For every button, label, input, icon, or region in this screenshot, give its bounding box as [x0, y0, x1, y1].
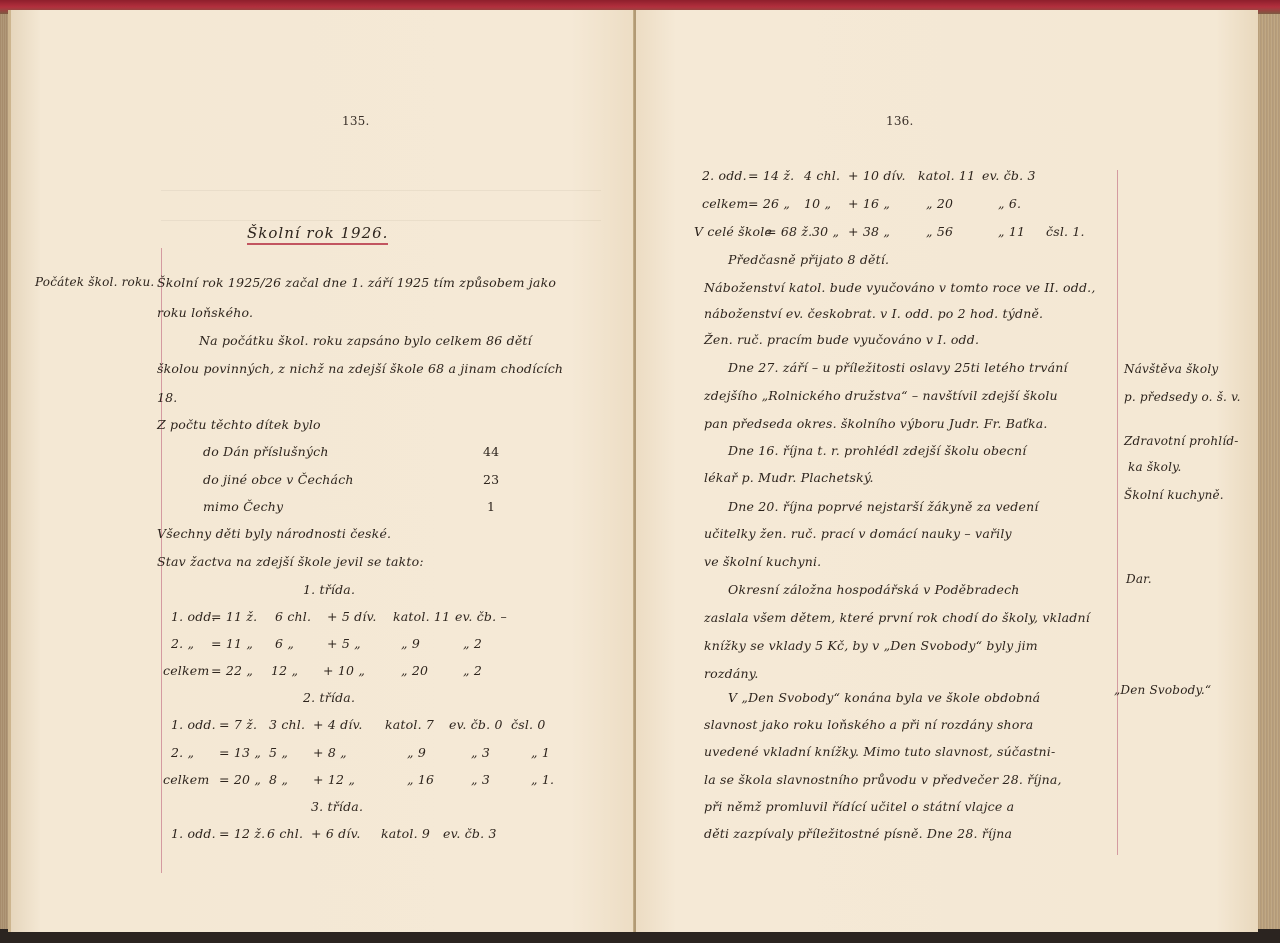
origin-label: do jiné obce v Čechách: [203, 472, 354, 487]
text-line: Z počtu těchto dítek bylo: [157, 417, 321, 432]
text-line: roku loňského.: [157, 305, 253, 320]
origin-value: 44: [483, 444, 499, 459]
text-line: zdejšího „Rolnického družstva“ – navštív…: [704, 388, 1058, 403]
text-line: Okresní záložna hospodářská v Poděbradec…: [728, 582, 1020, 597]
text-line: děti zazpívaly příležitostné písně. Dne …: [704, 826, 1012, 841]
text-line: Školní rok 1925/26 začal dne 1. září 192…: [157, 275, 556, 290]
text-line: Stav žactva na zdejší škole jevil se tak…: [157, 554, 424, 569]
text-line: Dne 20. října poprvé nejstarší žákyně za…: [728, 499, 1039, 514]
text-line: slavnost jako roku loňského a při ní roz…: [704, 717, 1033, 732]
text-line: Dne 16. října t. r. prohlédl zdejší škol…: [728, 443, 1026, 458]
page-number: 136.: [886, 114, 914, 128]
text-line: zaslala všem dětem, které první rok chod…: [704, 610, 1090, 625]
page-stack-left: [0, 14, 8, 929]
page-number: 135.: [342, 114, 370, 128]
text-line: náboženství ev. českobrat. v I. odd. po …: [704, 306, 1043, 321]
right-page: 136. 2. odd. = 14 ž. 4 chl. + 10 dív. ka…: [636, 10, 1258, 932]
text-line: pan předseda okres. školního výboru Judr…: [704, 416, 1048, 431]
margin-note: Zdravotní prohlíd-: [1124, 434, 1239, 448]
origin-label: do Dán příslušných: [203, 444, 329, 459]
text-line: la se škola slavnostního průvodu v předv…: [704, 772, 1062, 787]
left-page: 135. Školní rok 1926. Počátek škol. roku…: [8, 10, 637, 932]
origin-value: 23: [483, 472, 499, 487]
origin-label: mimo Čechy: [203, 499, 283, 514]
text-line: při němž promluvil řídící učitel o státn…: [704, 799, 1014, 814]
margin-note: p. předsedy o. š. v.: [1124, 390, 1241, 404]
page-stack-right: [1258, 14, 1280, 929]
class-heading: 1. třída.: [303, 582, 355, 597]
text-line: rozdány.: [704, 666, 759, 681]
text-line: lékař p. Mudr. Plachetský.: [704, 470, 874, 485]
text-line: učitelky žen. ruč. prací v domácí nauky …: [704, 526, 1012, 541]
margin-note: Počátek škol. roku.: [35, 275, 154, 289]
text-line: školou povinných, z nichž na zdejší škol…: [157, 361, 563, 376]
text-line: 18.: [157, 390, 177, 405]
text-line: Žen. ruč. pracím bude vyučováno v I. odd…: [704, 332, 979, 347]
margin-note: „Den Svobody.“: [1114, 683, 1211, 697]
margin-note: ka školy.: [1128, 460, 1182, 474]
margin-note: Dar.: [1126, 572, 1152, 586]
class-heading: 2. třída.: [303, 690, 355, 705]
class-heading: 3. třída.: [311, 799, 363, 814]
margin-note: Školní kuchyně.: [1124, 488, 1224, 502]
margin-note: Návštěva školy: [1124, 362, 1218, 376]
origin-value: 1: [487, 499, 495, 514]
text-line: knížky se vklady 5 Kč, by v „Den Svobody…: [704, 638, 1038, 653]
text-line: V „Den Svobody“ konána byla ve škole obd…: [728, 690, 1040, 705]
text-line: Všechny děti byly národnosti české.: [157, 526, 391, 541]
text-line: ve školní kuchyni.: [704, 554, 821, 569]
margin-rule: [1117, 170, 1118, 855]
text-line: uvedené vkladní knížky. Mimo tuto slavno…: [704, 744, 1055, 759]
page-title: Školní rok 1926.: [247, 224, 388, 245]
text-line: Na počátku škol. roku zapsáno bylo celke…: [199, 333, 532, 348]
text-line: Předčasně přijato 8 dětí.: [728, 252, 889, 267]
text-line: Náboženství katol. bude vyučováno v tomt…: [704, 280, 1096, 295]
text-line: Dne 27. září – u příležitosti oslavy 25t…: [728, 360, 1068, 375]
